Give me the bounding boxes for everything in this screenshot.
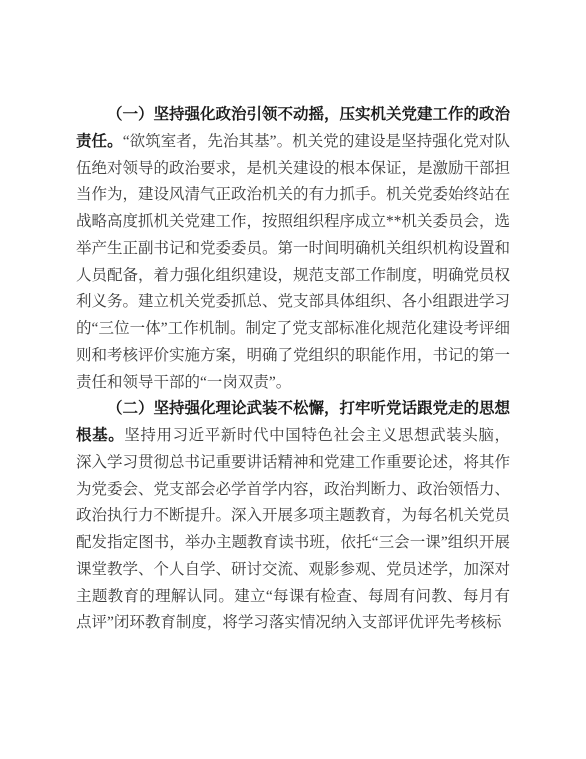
paragraph: （一）坚持强化政治引领不动摇，压实机关党建工作的政治责任。“欲筑室者，先治其基”… — [76, 102, 510, 396]
text-segment-regular: 机关党的建设是坚持强化党对队伍绝对领导的政治要求，是机关建设的根本保证，是激励干… — [76, 133, 510, 391]
text-segment-quote: “欲筑室者，先治其基”。 — [123, 133, 293, 150]
document-body: （一）坚持强化政治引领不动摇，压实机关党建工作的政治责任。“欲筑室者，先治其基”… — [76, 102, 510, 637]
text-segment-regular: 坚持用习近平新时代中国特色社会主义思想武装头脑，深入学习贯彻总书记重要讲话精神和… — [76, 427, 510, 631]
document-page: （一）坚持强化政治引领不动摇，压实机关党建工作的政治责任。“欲筑室者，先治其基”… — [0, 0, 586, 759]
paragraph: （二）坚持强化理论武装不松懈，打牢听党话跟党走的思想根基。坚持用习近平新时代中国… — [76, 396, 510, 637]
